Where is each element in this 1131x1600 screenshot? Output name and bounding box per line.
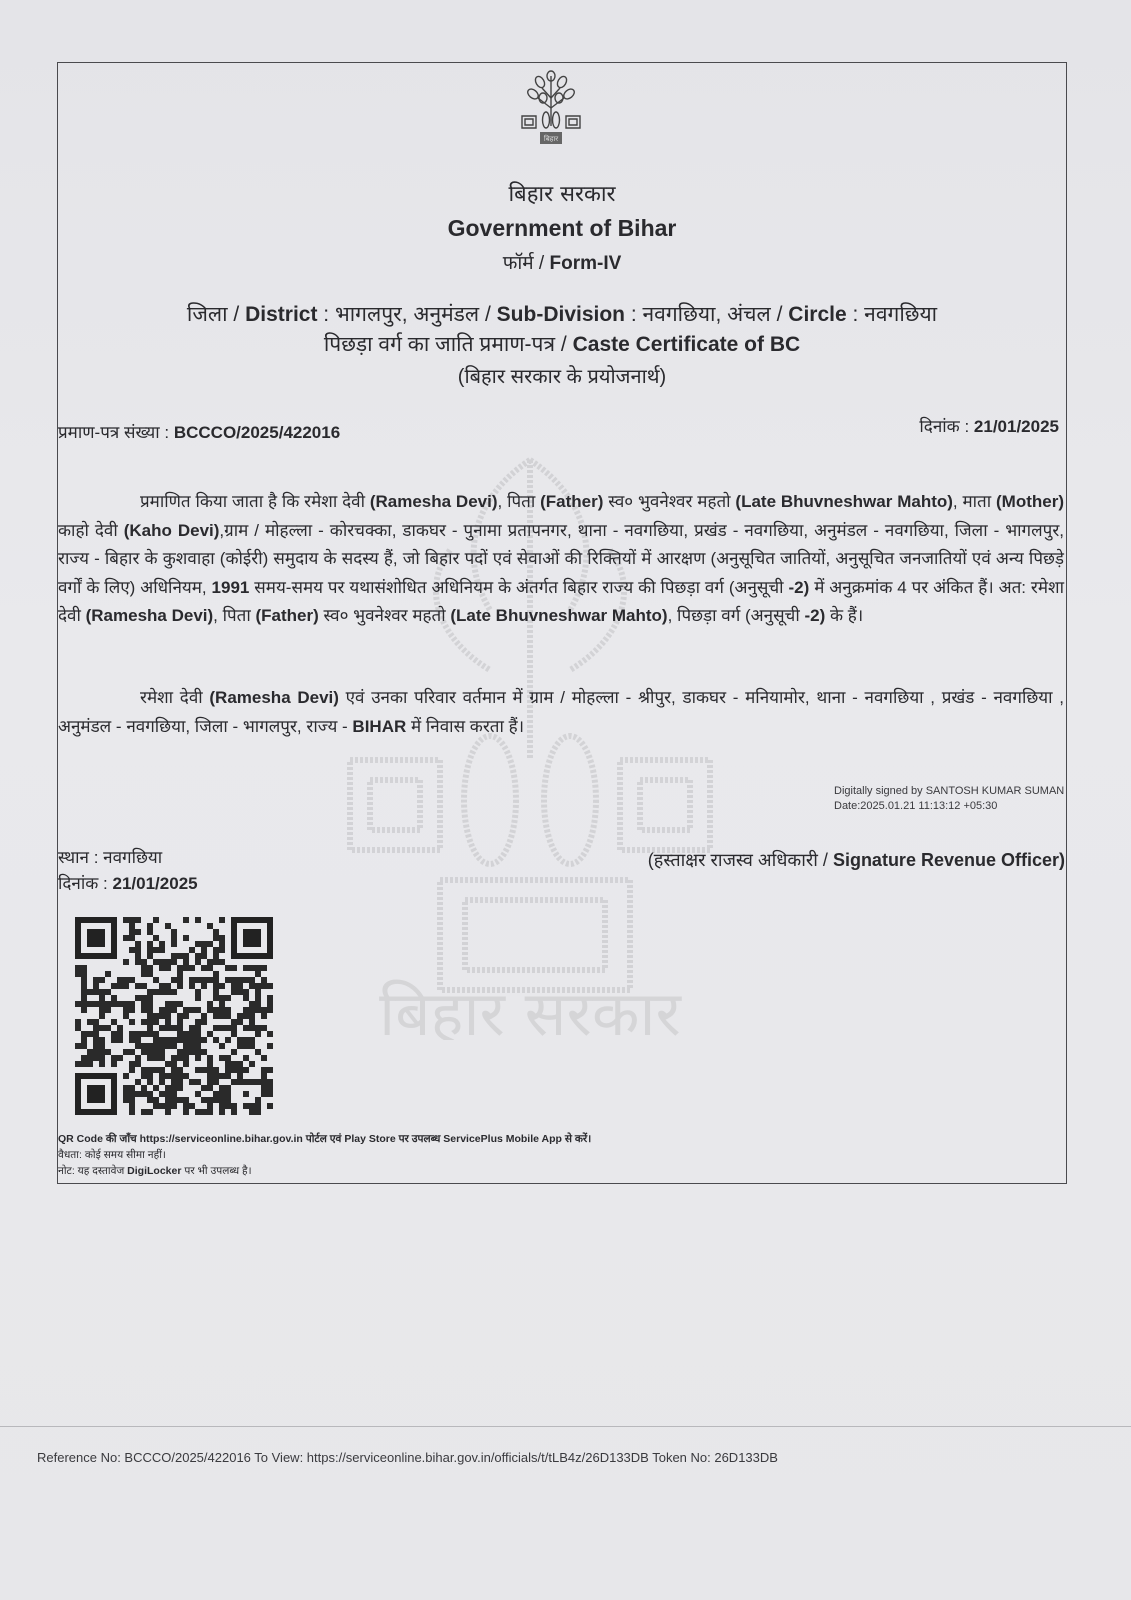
mother-name-english: (Kaho Devi)	[124, 521, 220, 540]
verification-link[interactable]: https://serviceonline.bihar.gov.in	[140, 1133, 303, 1145]
text-segment: , पिता	[498, 492, 541, 511]
issue-date-label: दिनांक :	[58, 874, 108, 893]
footer-divider	[0, 1426, 1131, 1427]
certificate-date: दिनांक : 21/01/2025	[919, 414, 1059, 437]
header-title-hindi: बिहार सरकार	[57, 178, 1067, 208]
subdivision-label: Sub-Division	[497, 303, 625, 326]
text-segment: में निवास करता हैं।	[406, 717, 524, 736]
text-segment: पर उपलब्ध	[396, 1133, 444, 1145]
text-segment: से करें।	[562, 1133, 591, 1145]
certificate-type-hindi: पिछड़ा वर्ग का जाति प्रमाण-पत्र	[324, 333, 555, 356]
form-number: फॉर्म / Form-IV	[57, 249, 1067, 275]
digilocker-label: DigiLocker	[127, 1165, 181, 1177]
signature-label-english: Signature Revenue Officer)	[833, 850, 1065, 870]
certificate-type: पिछड़ा वर्ग का जाति प्रमाण-पत्र / Caste …	[57, 330, 1067, 358]
applicant-name-english: (Ramesha Devi)	[370, 492, 498, 511]
district-label-hindi: जिला	[187, 303, 228, 326]
text-segment: स्व० भुवनेश्वर महतो	[319, 606, 451, 625]
text-segment: पोर्टल एवं	[303, 1133, 345, 1145]
text-segment: रमेशा देवी	[140, 688, 209, 707]
place-line: स्थान : नवगछिया	[58, 845, 198, 871]
digital-signature: Digitally signed by SANTOSH KUMAR SUMAN …	[834, 784, 1064, 814]
subdivision-value: नवगछिया	[643, 303, 716, 326]
schedule-number: -2)	[789, 578, 810, 597]
jurisdiction-line: जिला / District : भागलपुर, अनुमंडल / Sub…	[57, 300, 1067, 328]
certificate-purpose: (बिहार सरकार के प्रयोजनार्थ)	[57, 362, 1067, 389]
signature-label-hindi: (हस्ताक्षर राजस्व अधिकारी /	[648, 850, 833, 870]
qr-code[interactable]	[75, 917, 273, 1115]
act-year: 1991	[212, 578, 250, 597]
circle-label-hindi: अंचल	[727, 303, 771, 326]
circle-value: नवगछिया	[864, 303, 937, 326]
text-segment: , पिछड़ा वर्ग (अनुसूची	[668, 606, 805, 625]
text-segment: प्रमाणित किया जाता है कि रमेशा देवी	[140, 492, 370, 511]
applicant-name-english: (Ramesha Devi)	[209, 688, 339, 707]
text-segment: QR Code की जाँच	[58, 1133, 140, 1145]
father-label: (Father)	[540, 492, 603, 511]
header-title-english: Government of Bihar	[57, 215, 1067, 242]
schedule-number: -2)	[804, 606, 825, 625]
issue-date-value: 21/01/2025	[113, 874, 198, 893]
qr-verification-note: QR Code की जाँच https://serviceonline.bi…	[58, 1131, 591, 1179]
certificate-type-english: Caste Certificate of BC	[573, 333, 801, 356]
text-segment: , माता	[953, 492, 996, 511]
bihar-emblem-logo: बिहार	[518, 68, 584, 158]
text-segment: नोट: यह दस्तावेज	[58, 1165, 127, 1177]
digital-signature-signer: Digitally signed by SANTOSH KUMAR SUMAN	[834, 784, 1064, 799]
father-name-english: (Late Bhuvneshwar Mahto)	[450, 606, 667, 625]
applicant-name-english: (Ramesha Devi)	[86, 606, 214, 625]
place-and-date: स्थान : नवगछिया दिनांक : 21/01/2025	[58, 845, 198, 897]
text-segment: Play Store	[344, 1133, 395, 1145]
subdivision-label-hindi: अनुमंडल	[413, 303, 479, 326]
form-label-hindi: फॉर्म	[503, 253, 534, 274]
text-segment: , पिता	[213, 606, 255, 625]
text-segment: के हैं।	[825, 606, 863, 625]
certificate-number: प्रमाण-पत्र संख्या : BCCCO/2025/422016	[58, 420, 340, 443]
text-segment: पर भी उपलब्ध है।	[181, 1165, 251, 1177]
signature-label: (हस्ताक्षर राजस्व अधिकारी / Signature Re…	[648, 848, 1065, 872]
circle-label: Circle	[788, 303, 846, 326]
father-name-english: (Late Bhuvneshwar Mahto)	[735, 492, 953, 511]
mother-label: (Mother)	[996, 492, 1064, 511]
app-name: ServicePlus Mobile App	[443, 1133, 562, 1145]
place-label: स्थान :	[58, 848, 98, 867]
certificate-number-label: प्रमाण-पत्र संख्या :	[58, 423, 169, 442]
certificate-number-value: BCCCO/2025/422016	[174, 423, 340, 442]
digilocker-note: नोट: यह दस्तावेज DigiLocker पर भी उपलब्ध…	[58, 1163, 591, 1179]
state-name: BIHAR	[352, 717, 406, 736]
certificate-date-value: 21/01/2025	[974, 417, 1059, 436]
issue-date-line: दिनांक : 21/01/2025	[58, 871, 198, 897]
text-segment: काहो देवी	[58, 521, 124, 540]
certificate-date-label: दिनांक :	[919, 417, 969, 436]
text-segment: समय-समय पर यथासंशोधित अधिनियम के अंतर्गत…	[249, 578, 788, 597]
digital-signature-date: Date:2025.01.21 11:13:12 +05:30	[834, 799, 1064, 814]
qr-note-line: QR Code की जाँच https://serviceonline.bi…	[58, 1131, 591, 1147]
text-segment: स्व० भुवनेश्वर महतो	[603, 492, 735, 511]
district-value: भागलपुर	[335, 303, 402, 326]
place-value: नवगछिया	[103, 848, 162, 867]
reference-footer: Reference No: BCCCO/2025/422016 To View:…	[37, 1450, 778, 1465]
father-label: (Father)	[256, 606, 319, 625]
svg-text:बिहार: बिहार	[544, 134, 558, 143]
residence-paragraph: रमेशा देवी (Ramesha Devi) एवं उनका परिवा…	[58, 684, 1064, 741]
certification-paragraph: प्रमाणित किया जाता है कि रमेशा देवी (Ram…	[58, 488, 1064, 631]
form-label-english: Form-IV	[550, 253, 622, 274]
district-label: District	[245, 303, 317, 326]
validity-note: वैधता: कोई समय सीमा नहीं।	[58, 1147, 591, 1163]
